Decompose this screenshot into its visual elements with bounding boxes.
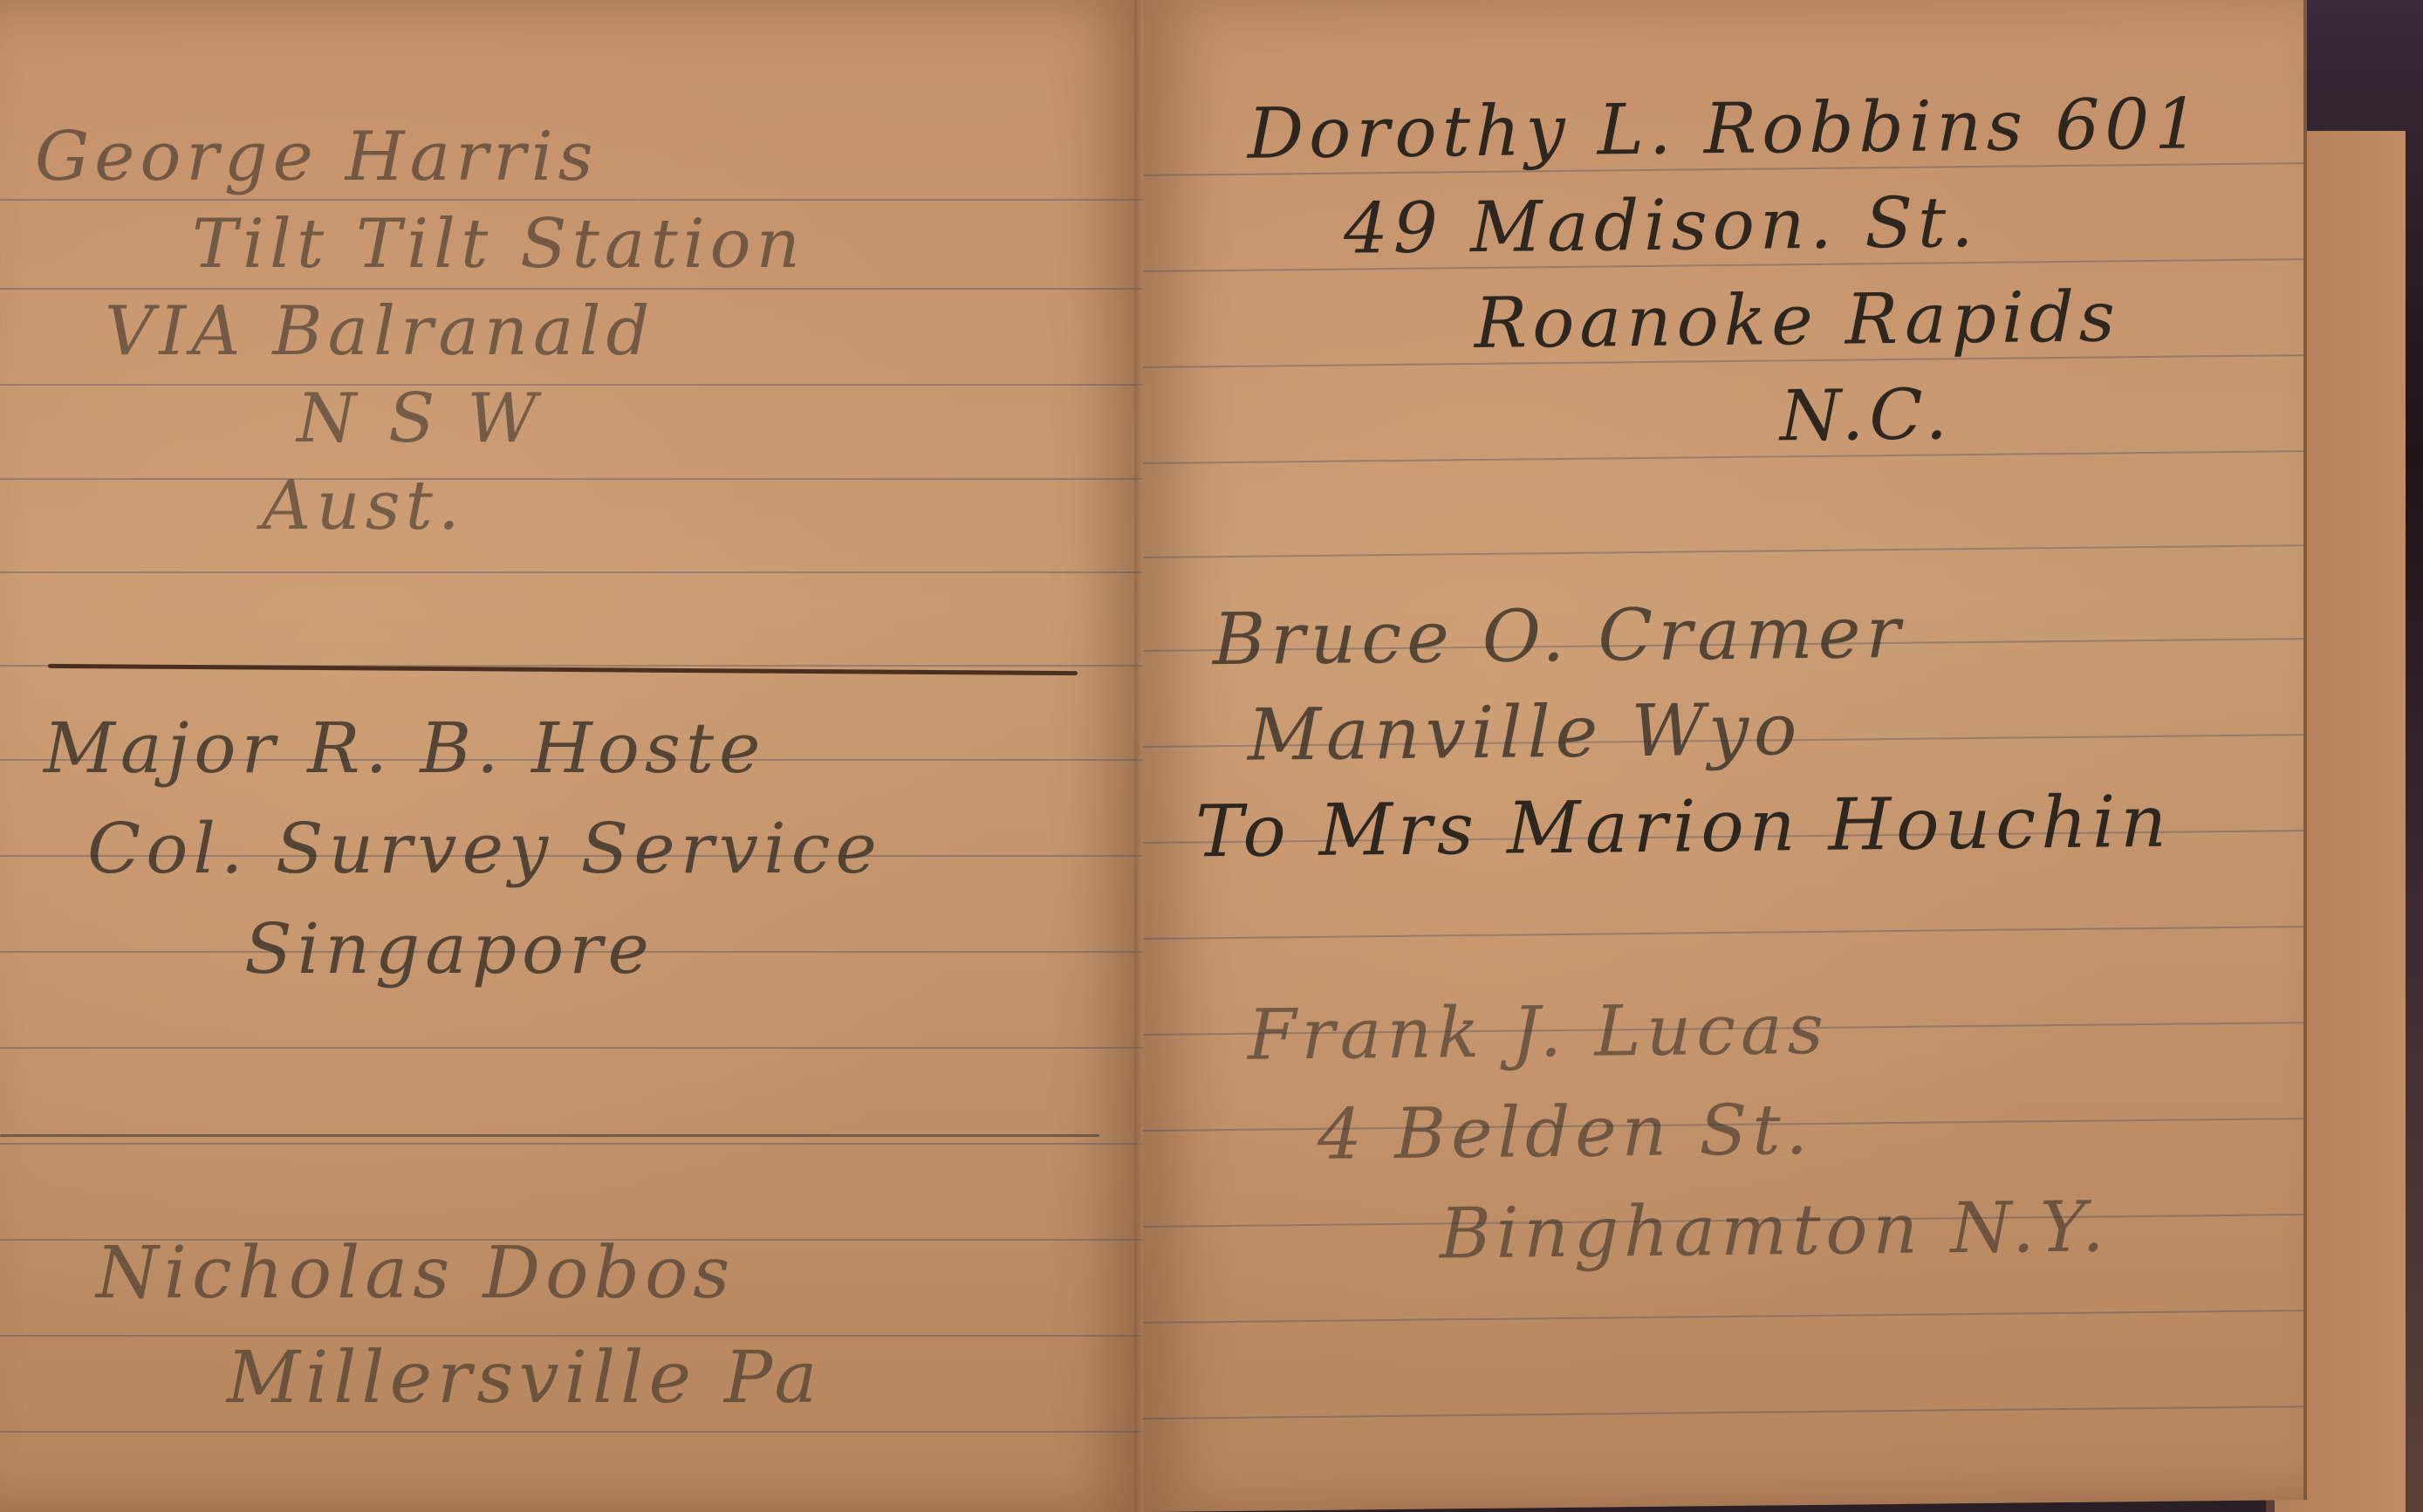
- entry-line: Manville Wyo: [1213, 681, 1906, 784]
- entry-line: N S W: [35, 375, 805, 462]
- address-entry: Major R. B. Hoste Col. Survey Service Si…: [44, 698, 882, 999]
- rule-line: [0, 571, 1143, 573]
- entry-line: Dorothy L. Robbins 601: [1248, 76, 2204, 181]
- entry-line: Nicholas Dobos: [96, 1221, 822, 1326]
- entry-line: To Mrs Marion Houchin: [1195, 775, 2172, 881]
- rule-line: [1143, 1310, 2303, 1324]
- entry-line: Millersville Pa: [96, 1326, 822, 1431]
- address-entry: George Harris Tilt Tilt Station VIA Balr…: [35, 113, 805, 550]
- entry-line: N.C.: [1248, 364, 2204, 469]
- notebook-photo: George Harris Tilt Tilt Station VIA Balr…: [0, 0, 2423, 1512]
- rule-line: [0, 1143, 1143, 1145]
- entry-line: Major R. B. Hoste: [44, 698, 882, 798]
- left-page: George Harris Tilt Tilt Station VIA Balr…: [0, 0, 1143, 1512]
- rule-line: [1143, 926, 2303, 940]
- entry-line: Tilt Tilt Station: [35, 201, 805, 288]
- entry-line: Singapore: [44, 899, 882, 999]
- rule-line: [1143, 544, 2303, 558]
- rule-line: [0, 1431, 1143, 1433]
- entry-line: 49 Madison. St.: [1248, 172, 2204, 277]
- entry-line: Roanoke Rapids: [1248, 268, 2204, 373]
- entry-line: Col. Survey Service: [44, 798, 882, 899]
- entry-line: Bruce O. Cramer: [1213, 585, 1906, 688]
- pencil-divider-line: [0, 1134, 1099, 1137]
- address-entry: To Mrs Marion Houchin: [1195, 775, 2172, 881]
- address-entry: Frank J. Lucas 4 Belden St. Binghamton N…: [1248, 975, 2110, 1285]
- address-entry: Bruce O. Cramer Manville Wyo: [1213, 585, 1906, 784]
- address-entry: Dorothy L. Robbins 601 49 Madison. St. R…: [1248, 76, 2204, 469]
- entry-line: Frank J. Lucas: [1248, 975, 2110, 1084]
- entry-line: George Harris: [35, 113, 805, 201]
- entry-line: 4 Belden St.: [1248, 1076, 2110, 1185]
- rule-line: [1143, 1406, 2303, 1420]
- entry-line: Aust.: [35, 462, 805, 550]
- right-page: Dorothy L. Robbins 601 49 Madison. St. R…: [1143, 0, 2307, 1512]
- address-entry: Nicholas Dobos Millersville Pa: [96, 1221, 822, 1431]
- entry-line: Binghamton N.Y.: [1248, 1176, 2110, 1285]
- entry-line: VIA Balranald: [35, 288, 805, 375]
- rule-line: [0, 1047, 1143, 1049]
